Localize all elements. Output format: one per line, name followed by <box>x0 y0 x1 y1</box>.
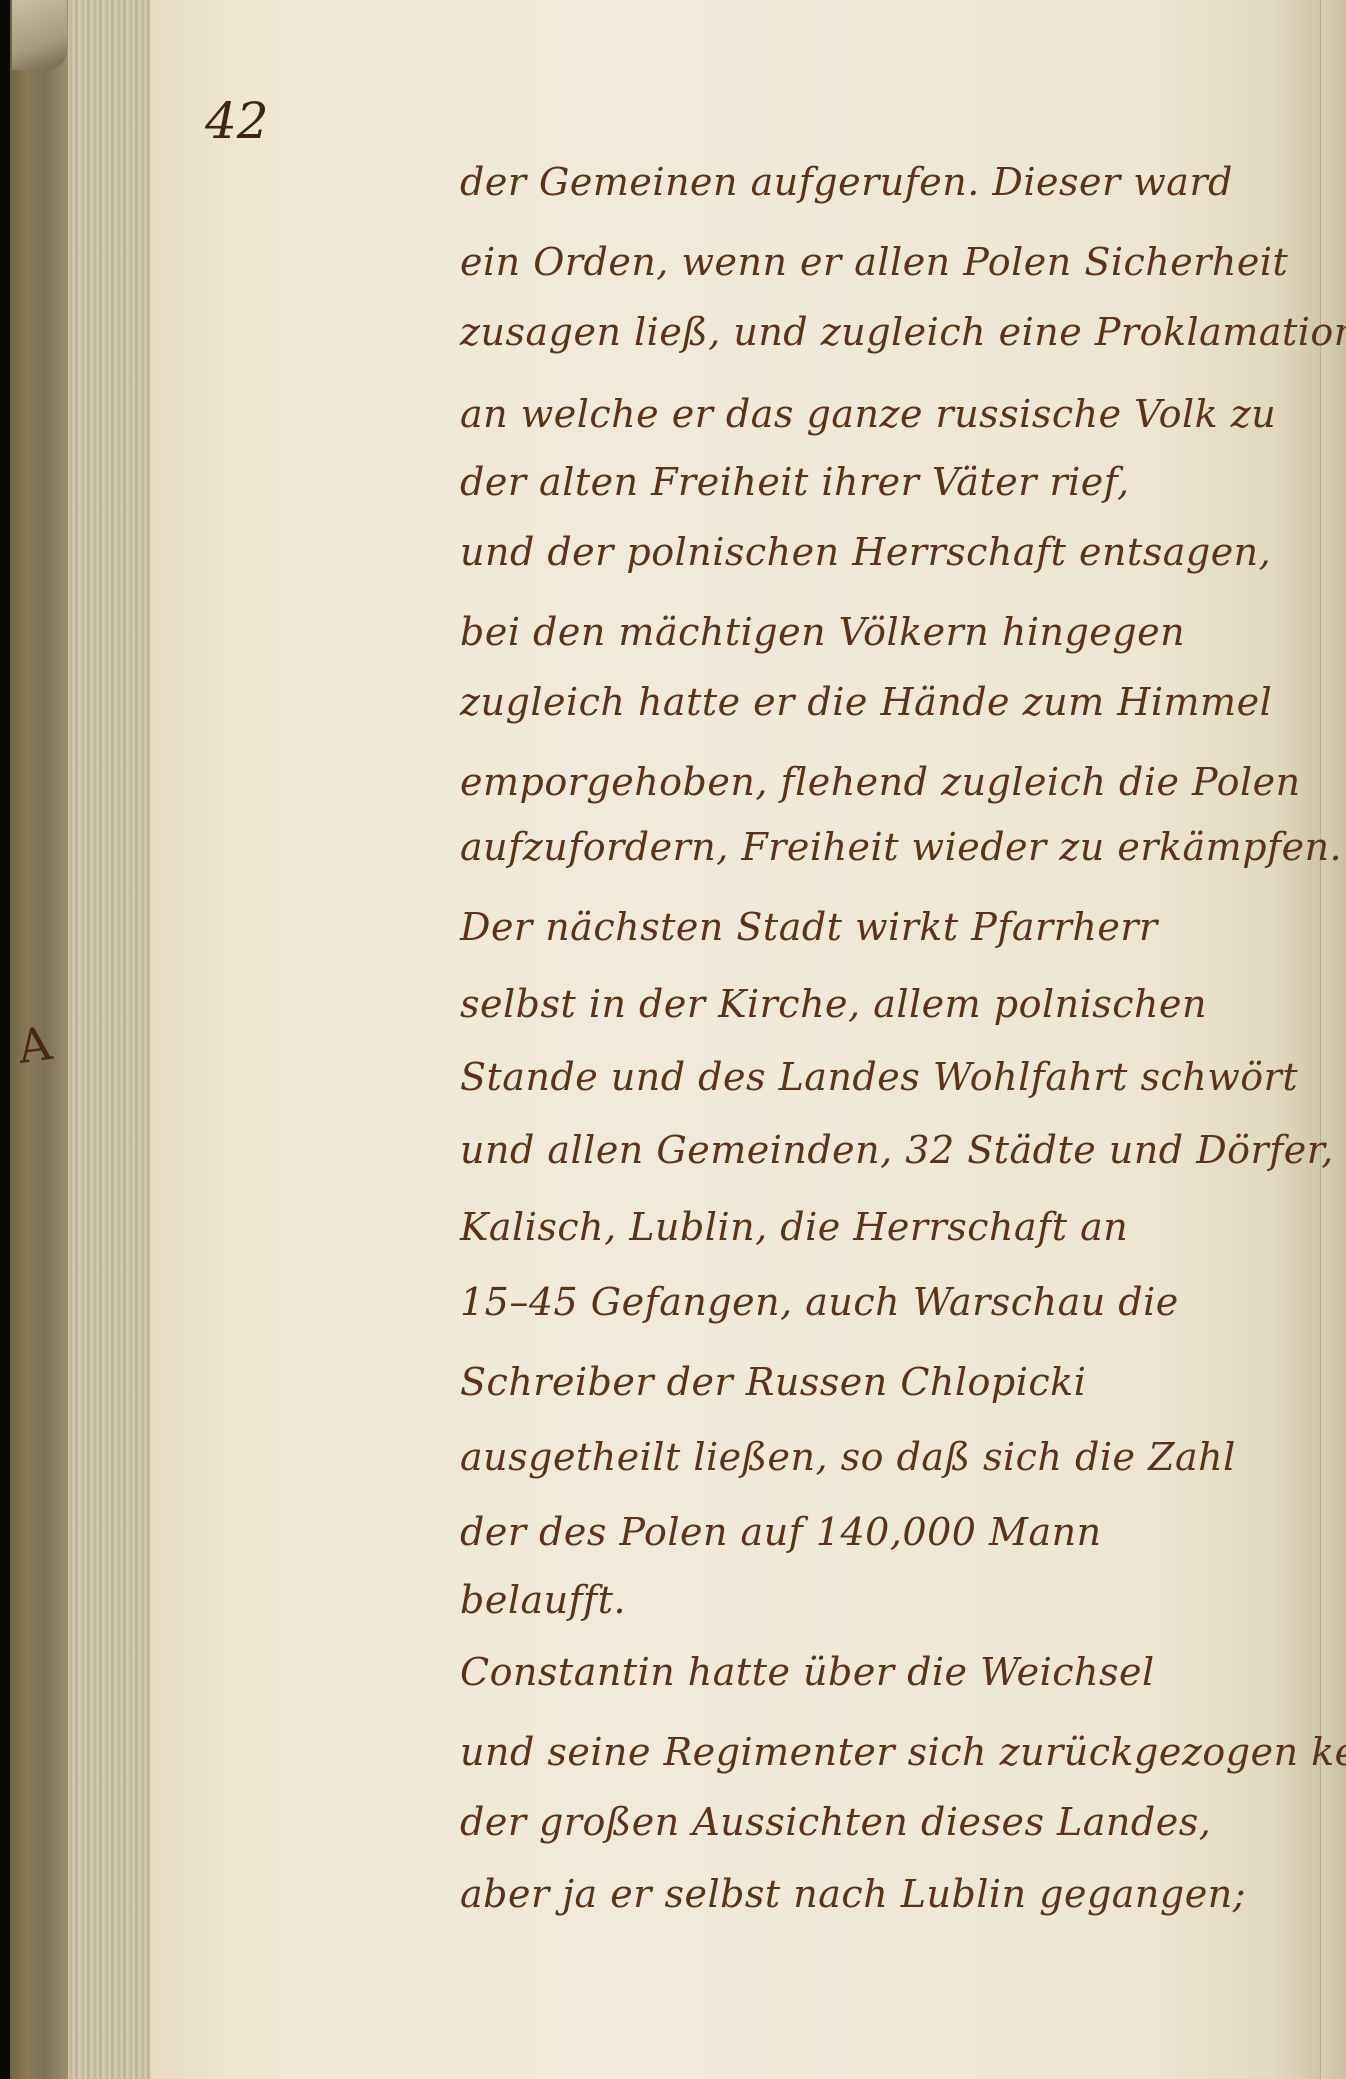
text-line: Schreiber der Russen Chlopicki <box>460 1360 1086 1404</box>
text-line: aufzufordern, Freiheit wieder zu erkämpf… <box>460 825 1342 869</box>
page-number: 42 <box>205 92 269 150</box>
text-line: ausgetheilt ließen, so daß sich die Zahl <box>460 1435 1236 1479</box>
text-line: zusagen ließ, und zugleich eine Proklama… <box>460 310 1346 354</box>
page-edges <box>68 0 152 2079</box>
text-line: Stande und des Landes Wohlfahrt schwört <box>460 1055 1298 1099</box>
text-line: der alten Freiheit ihrer Väter rief, <box>460 460 1130 504</box>
text-line: ein Orden, wenn er allen Polen Sicherhei… <box>460 240 1288 284</box>
text-line: bei den mächtigen Völkern hingegen <box>460 610 1185 654</box>
text-line: Kalisch, Lublin, die Herrschaft an <box>460 1205 1128 1249</box>
text-line: und allen Gemeinden, 32 Städte und Dörfe… <box>460 1128 1334 1172</box>
text-line: der des Polen auf 140,000 Mann <box>460 1510 1102 1554</box>
text-line: und der polnischen Herrschaft entsagen, <box>460 530 1271 574</box>
text-line: Der nächsten Stadt wirkt Pfarrherr <box>460 905 1158 949</box>
text-line: emporgehoben, flehend zugleich die Polen <box>460 760 1301 804</box>
text-line: Constantin hatte über die Weichsel <box>460 1650 1155 1694</box>
text-line: zugleich hatte er die Hände zum Himmel <box>460 680 1272 724</box>
spine-torn-corner <box>12 0 67 70</box>
text-line: an welche er das ganze russische Volk zu <box>460 392 1276 436</box>
text-line: selbst in der Kirche, allem polnischen <box>460 982 1207 1026</box>
text-line: und seine Regimenter sich zurückgezogen … <box>460 1730 1346 1774</box>
text-line: der großen Aussichten dieses Landes, <box>460 1800 1211 1844</box>
manuscript-book: A 42 der Gemeinen aufgerufen. Dieser war… <box>0 0 1346 2079</box>
text-line: der Gemeinen aufgerufen. Dieser ward <box>460 160 1233 204</box>
text-line: 15–45 Gefangen, auch Warschau die <box>460 1280 1179 1324</box>
text-line: aber ja er selbst nach Lublin gegangen; <box>460 1872 1246 1916</box>
text-line: belaufft. <box>460 1578 626 1622</box>
